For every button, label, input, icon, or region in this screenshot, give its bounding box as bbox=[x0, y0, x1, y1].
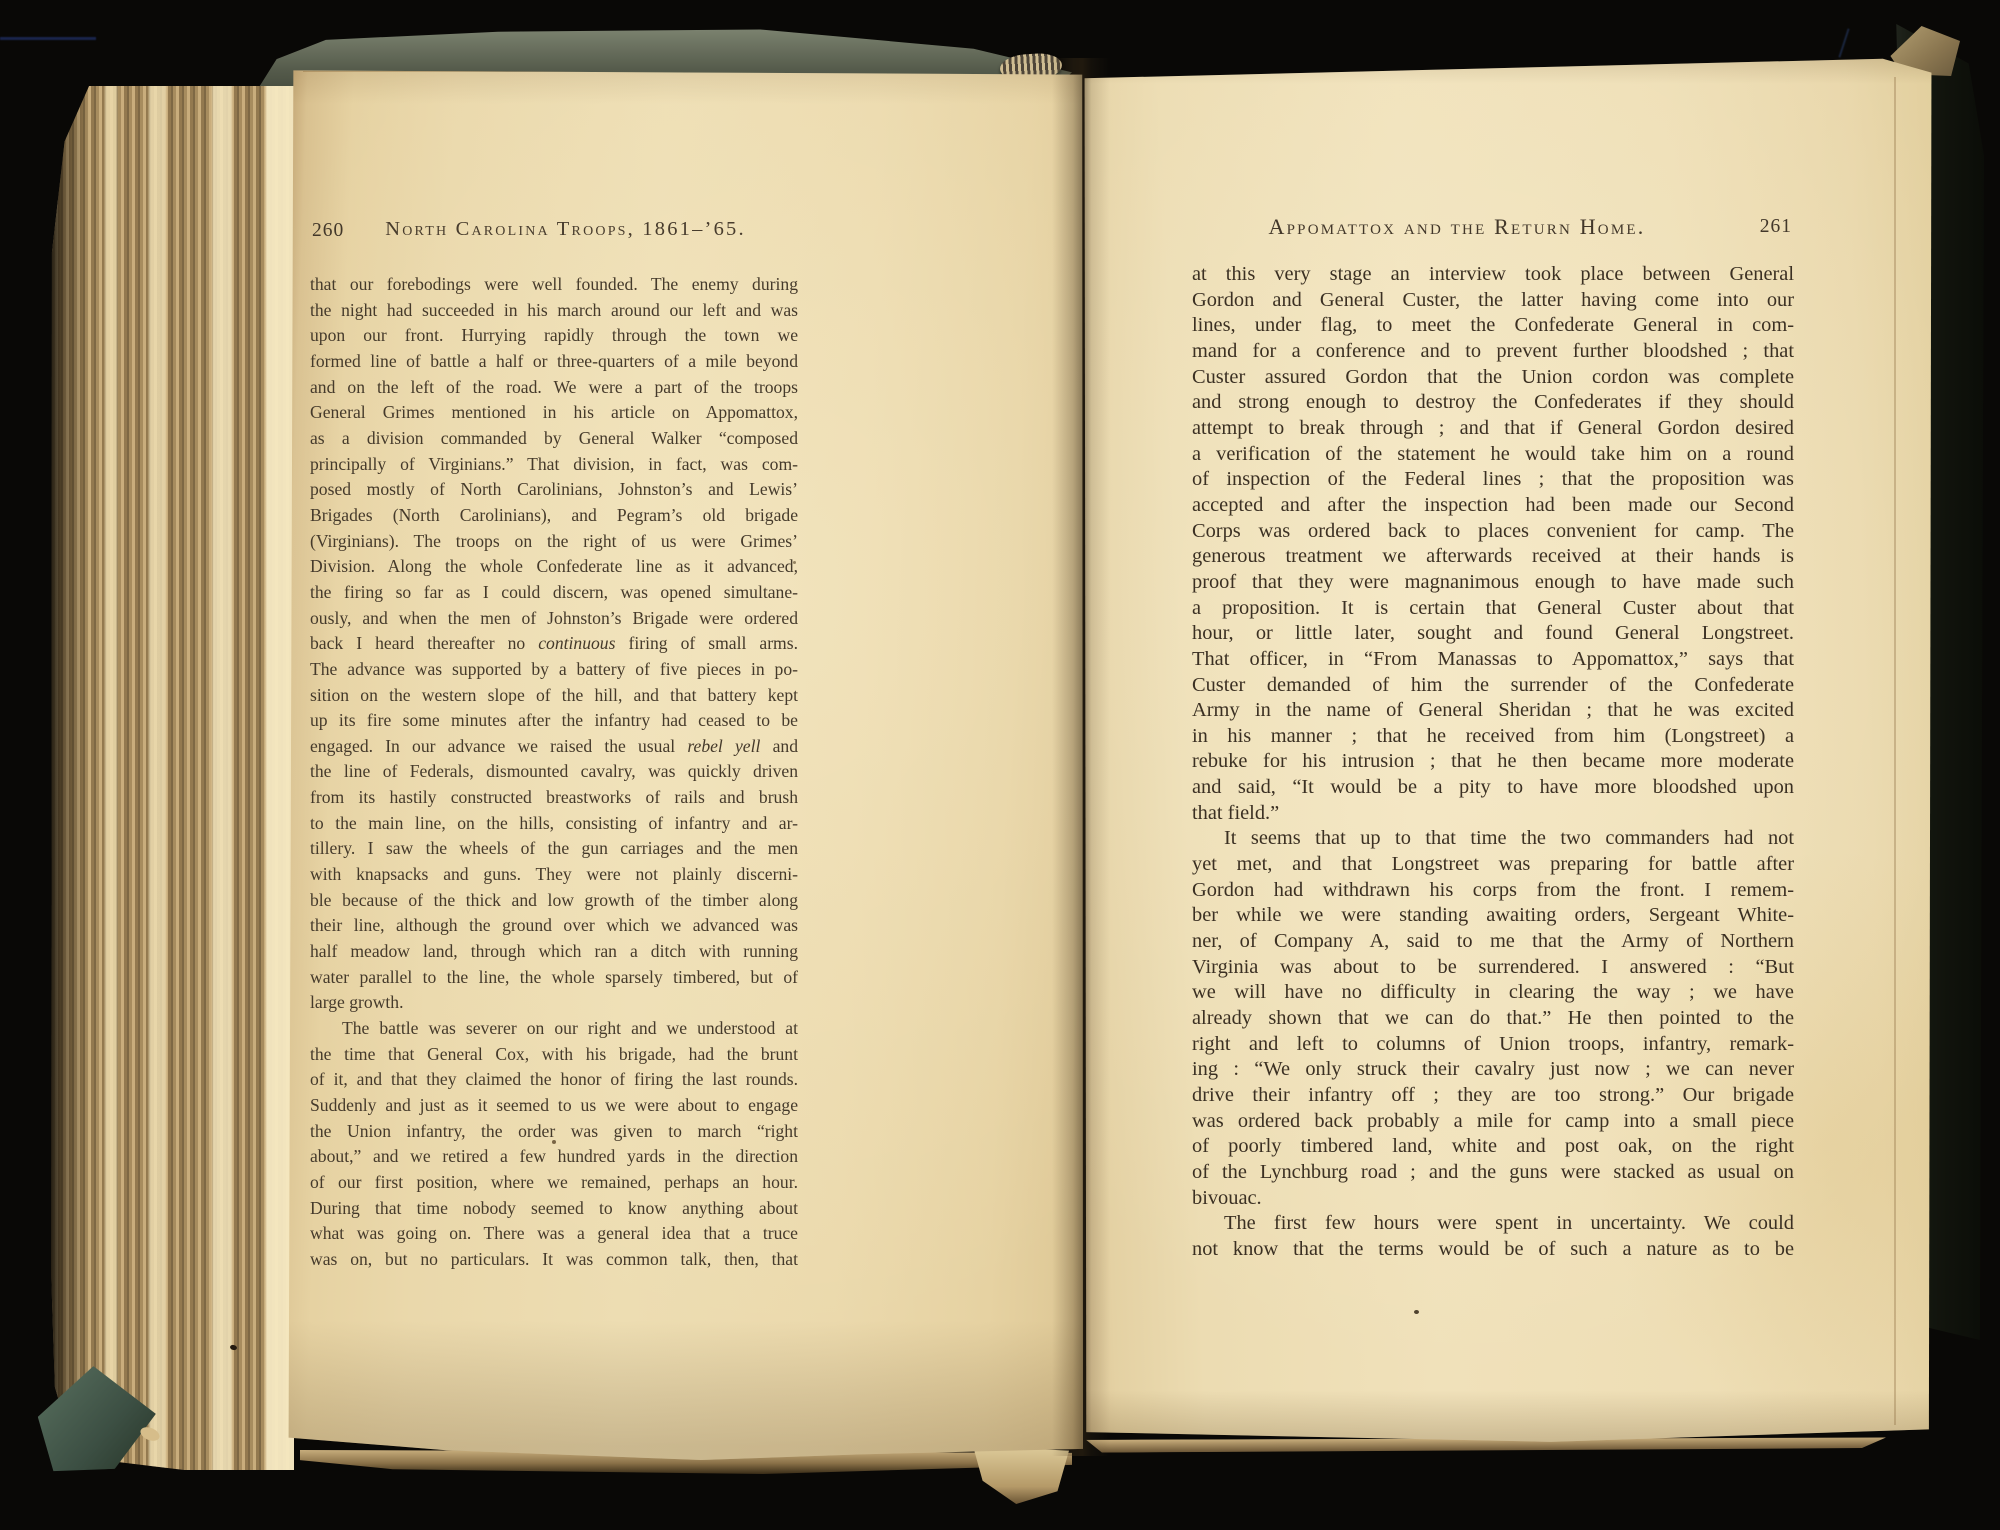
page-number-right: 261 bbox=[1760, 216, 1792, 238]
text-line: Virginia was about to be surrendered. I … bbox=[1192, 955, 1794, 981]
text-line: up its fire some minutes after the infan… bbox=[310, 708, 798, 734]
text-line: was ordered back probably a mile for cam… bbox=[1192, 1109, 1794, 1135]
text-line: of our first position, where we remained… bbox=[310, 1170, 798, 1196]
text-line: tillery. I saw the wheels of the gun car… bbox=[310, 836, 798, 862]
text-line: (Virginians). The troops on the right of… bbox=[310, 529, 798, 555]
right-page: Appomattox and the Return Home. 261 at t… bbox=[1082, 56, 1934, 1446]
text-line: Corps was ordered back to places conveni… bbox=[1192, 519, 1794, 545]
text-line: and said, “It would be a pity to have mo… bbox=[1192, 775, 1794, 801]
text-line: General Grimes mentioned in his article … bbox=[310, 400, 798, 426]
text-line: the time that General Cox, with his brig… bbox=[310, 1042, 798, 1068]
text-line: Army in the name of General Sheridan ; t… bbox=[1192, 698, 1794, 724]
scanner-artifact-line bbox=[1838, 28, 1849, 57]
text-line: at this very stage an interview took pla… bbox=[1192, 262, 1794, 288]
right-page-header: Appomattox and the Return Home. 261 bbox=[1192, 214, 1794, 244]
text-line: of the Lynchburg road ; and the guns wer… bbox=[1192, 1160, 1794, 1186]
text-line: rebuke for his intrusion ; that he then … bbox=[1192, 749, 1794, 775]
text-line: upon our front. Hurrying rapidly through… bbox=[310, 323, 798, 349]
text-line: accepted and after the inspection had be… bbox=[1192, 493, 1794, 519]
text-line: The advance was supported by a battery o… bbox=[310, 657, 798, 683]
text-line: and on the left of the road. We were a p… bbox=[310, 375, 798, 401]
text-line: the firing so far as I could discern, wa… bbox=[310, 580, 798, 606]
text-line: from its hastily constructed breastworks… bbox=[310, 785, 798, 811]
text-line: yet met, and that Longstreet was prepari… bbox=[1192, 852, 1794, 878]
text-line: the night had succeeded in his march aro… bbox=[310, 298, 798, 324]
text-line: what was going on. There was a general i… bbox=[310, 1221, 798, 1247]
text-line: principally of Virginians.” That divisio… bbox=[310, 452, 798, 478]
text-line: hour, or little later, sought and found … bbox=[1192, 621, 1794, 647]
text-line: Custer demanded of him the surrender of … bbox=[1192, 673, 1794, 699]
text-line: of it, and that they claimed the honor o… bbox=[310, 1067, 798, 1093]
text-line: mand for a conference and to prevent fur… bbox=[1192, 339, 1794, 365]
left-page-text: that our forebodings were well founded. … bbox=[310, 272, 798, 1273]
text-line: ber while we were standing awaiting orde… bbox=[1192, 903, 1794, 929]
text-line: Gordon had withdrawn his corps from the … bbox=[1192, 878, 1794, 904]
text-line: ner, of Company A, said to me that the A… bbox=[1192, 929, 1794, 955]
text-line: half meadow land, through which ran a di… bbox=[310, 939, 798, 965]
text-line: and strong enough to destroy the Confede… bbox=[1192, 390, 1794, 416]
text-line: of inspection of the Federal lines ; tha… bbox=[1192, 467, 1794, 493]
text-line: engaged. In our advance we raised the us… bbox=[310, 734, 798, 760]
text-line: formed line of battle a half or three-qu… bbox=[310, 349, 798, 375]
text-line: about,” and we retired a few hundred yar… bbox=[310, 1144, 798, 1170]
text-line: The first few hours were spent in uncert… bbox=[1192, 1211, 1794, 1237]
text-line: attempt to break through ; and that if G… bbox=[1192, 416, 1794, 442]
text-line: as a division commanded by General Walke… bbox=[310, 426, 798, 452]
text-line: we will have no difficulty in clearing t… bbox=[1192, 980, 1794, 1006]
page-bottom-gutter-curl bbox=[973, 1446, 1069, 1504]
text-line: large growth. bbox=[310, 990, 798, 1016]
page-number-left: 260 bbox=[312, 220, 344, 242]
page-speck bbox=[1414, 1310, 1419, 1314]
text-line: generous treatment we afterwards receive… bbox=[1192, 544, 1794, 570]
right-page-text: at this very stage an interview took pla… bbox=[1192, 262, 1794, 1263]
text-line: Suddenly and just as it seemed to us we … bbox=[310, 1093, 798, 1119]
text-line: During that time nobody seemed to know a… bbox=[310, 1196, 798, 1222]
text-line: ble because of the thick and low growth … bbox=[310, 888, 798, 914]
text-line: their line, although the ground over whi… bbox=[310, 913, 798, 939]
text-line: to the main line, on the hills, consisti… bbox=[310, 811, 798, 837]
text-line: a verification of the statement he would… bbox=[1192, 442, 1794, 468]
text-line: that field.” bbox=[1192, 801, 1794, 827]
text-line: The battle was severer on our right and … bbox=[310, 1016, 798, 1042]
text-line: the line of Federals, dismounted cavalry… bbox=[310, 759, 798, 785]
text-line: was on, but no particulars. It was commo… bbox=[310, 1247, 798, 1273]
text-line: with knapsacks and guns. They were not p… bbox=[310, 862, 798, 888]
running-title-right: Appomattox and the Return Home. bbox=[1192, 214, 1794, 240]
text-line: a proposition. It is certain that Genera… bbox=[1192, 596, 1794, 622]
text-line: Custer assured Gordon that the Union cor… bbox=[1192, 365, 1794, 391]
running-title-left: North Carolina Troops, 1861–’65. bbox=[310, 218, 797, 241]
text-line: right and left to columns of Union troop… bbox=[1192, 1032, 1794, 1058]
page-speck bbox=[793, 561, 796, 564]
text-line: of poorly timbered land, white and post … bbox=[1192, 1134, 1794, 1160]
text-line: bivouac. bbox=[1192, 1186, 1794, 1212]
text-line: It seems that up to that time the two co… bbox=[1192, 826, 1794, 852]
text-line: Gordon and General Custer, the latter ha… bbox=[1192, 288, 1794, 314]
text-line: Brigades (North Carolinians), and Pegram… bbox=[310, 503, 798, 529]
text-line: in his manner ; that he received from hi… bbox=[1192, 724, 1794, 750]
text-line: That officer, in “From Manassas to Appom… bbox=[1192, 647, 1794, 673]
text-line: ously, and when the men of Johnston’s Br… bbox=[310, 606, 798, 632]
text-line: sition on the western slope of the hill,… bbox=[310, 683, 798, 709]
text-line: already shown that we can do that.” He t… bbox=[1192, 1006, 1794, 1032]
text-line: back I heard thereafter no continuous fi… bbox=[310, 631, 798, 657]
scanner-artifact-line bbox=[0, 37, 96, 40]
left-page-header: 260 North Carolina Troops, 1861–’65. bbox=[310, 218, 797, 248]
text-line: not know that the terms would be of such… bbox=[1192, 1237, 1794, 1263]
text-line: water parallel to the line, the whole sp… bbox=[310, 965, 798, 991]
text-line: drive their infantry off ; they are too … bbox=[1192, 1083, 1794, 1109]
text-line: posed mostly of North Carolinians, Johns… bbox=[310, 477, 798, 503]
text-line: Division. Along the whole Confederate li… bbox=[310, 554, 798, 580]
book-photo: 260 North Carolina Troops, 1861–’65. tha… bbox=[0, 0, 2000, 1530]
page-stack-fore-edge bbox=[50, 86, 294, 1470]
page-speck bbox=[552, 1140, 556, 1144]
text-line: proof that they were magnanimous enough … bbox=[1192, 570, 1794, 596]
text-line: ing : “We only struck their cavalry just… bbox=[1192, 1057, 1794, 1083]
text-line: that our forebodings were well founded. … bbox=[310, 272, 798, 298]
text-line: lines, under flag, to meet the Confedera… bbox=[1192, 313, 1794, 339]
left-page: 260 North Carolina Troops, 1861–’65. tha… bbox=[287, 62, 1083, 1460]
